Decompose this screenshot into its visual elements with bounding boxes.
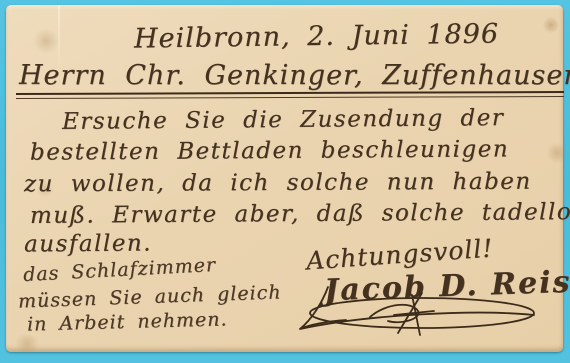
address-line: Herrn Chr. Genkinger, Zuffenhausen: [19, 60, 570, 91]
address-underline: [16, 91, 564, 99]
body-line-3: zu wollen, da ich solche nun haben: [24, 169, 532, 198]
dateline: Heilbronn, 2. Juni 1896: [134, 18, 499, 54]
age-spot: [542, 17, 560, 33]
body-line-5: ausfallen.: [24, 230, 152, 257]
postcard: Heilbronn, 2. Juni 1896 Herrn Chr. Genki…: [6, 5, 563, 352]
scanner-background: Heilbronn, 2. Juni 1896 Herrn Chr. Genki…: [0, 0, 570, 363]
postscript-line-1: das Schlafzimmer: [23, 254, 217, 286]
body-line-2: bestellten Bettladen beschleunigen: [30, 136, 509, 165]
age-spot: [546, 143, 568, 163]
postscript-line-2: müssen Sie auch gleich: [18, 281, 282, 312]
body-line-1: Ersuche Sie die Zusendung der: [62, 105, 505, 135]
signature-flourish-icon: [294, 285, 542, 341]
postscript-line-3: in Arbeit nehmen.: [27, 308, 228, 335]
body-line-4: muß. Erwarte aber, daß solche tadellos: [30, 199, 570, 229]
age-spot: [32, 29, 60, 53]
age-spot: [12, 335, 42, 353]
